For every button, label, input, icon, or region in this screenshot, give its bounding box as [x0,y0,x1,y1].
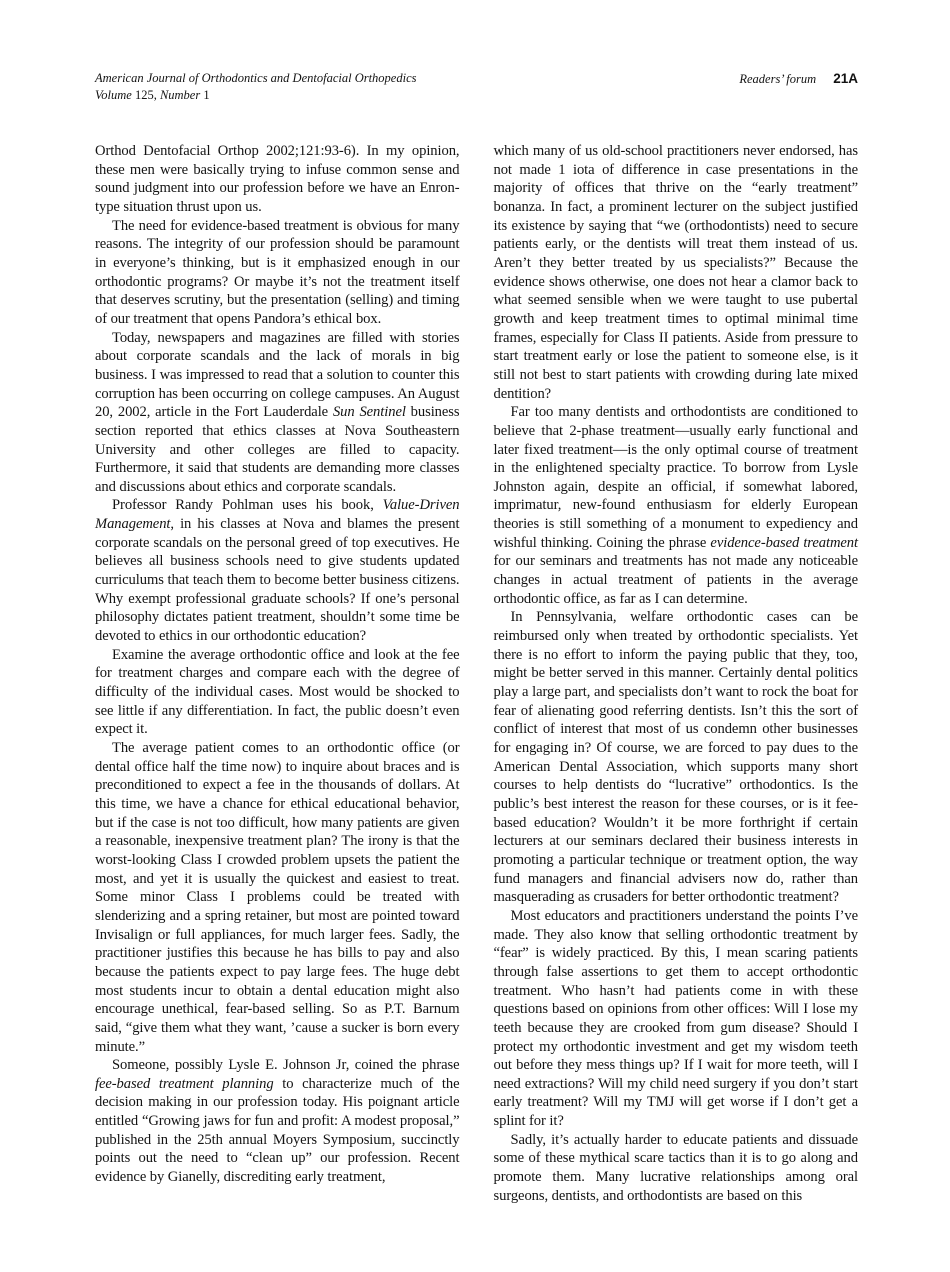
paragraph: Orthod Dentofacial Orthop 2002;121:93-6)… [95,142,460,217]
paragraph: Most educators and practitioners underst… [494,907,859,1131]
running-header-left: American Journal of Orthodontics and Den… [95,70,417,104]
article-body: Orthod Dentofacial Orthop 2002;121:93-6)… [95,142,858,1205]
page-number: 21A [833,71,858,86]
paragraph: The average patient comes to an orthodon… [95,739,460,1056]
text-run: Most educators and practitioners underst… [494,908,859,1129]
paragraph: which many of us old-school practitioner… [494,142,859,403]
left-column: Orthod Dentofacial Orthop 2002;121:93-6)… [95,142,460,1205]
text-run-italic: Number [160,88,203,102]
paragraph: Someone, possibly Lysle E. Johnson Jr, c… [95,1056,460,1187]
text-run-italic: Sun Sentinel [333,404,406,420]
text-run: The average patient comes to an orthodon… [95,740,460,1055]
text-run-italic: evidence-based treatment [710,535,858,551]
paragraph: Examine the average orthodontic office a… [95,646,460,739]
text-run: 125, [135,88,160,102]
text-run: Someone, possibly Lysle E. Johnson Jr, c… [112,1057,460,1073]
paragraph: Far too many dentists and orthodontists … [494,403,859,608]
text-run: Orthod Dentofacial Orthop 2002;121:93-6)… [95,143,460,215]
text-run: Far too many dentists and orthodontists … [494,404,859,551]
right-column: which many of us old-school practitioner… [494,142,859,1205]
text-run-italic: fee-based treatment planning [95,1076,274,1092]
text-run: Examine the average orthodontic office a… [95,647,460,738]
text-run: which many of us old-school practitioner… [494,143,859,402]
text-run: 1 [203,88,209,102]
volume-number-line: Volume 125, Number 1 [95,87,417,104]
text-run: , in his classes at Nova and blames the … [95,516,460,644]
paragraph: The need for evidence-based treatment is… [95,217,460,329]
paragraph: Today, newspapers and magazines are fill… [95,329,460,497]
journal-title: American Journal of Orthodontics and Den… [95,70,417,87]
paragraph: In Pennsylvania, welfare orthodontic cas… [494,608,859,907]
running-header: American Journal of Orthodontics and Den… [95,70,858,104]
running-header-right: Readers’ forum 21A [739,70,858,87]
text-run: The need for evidence-based treatment is… [95,218,460,327]
paragraph: Sadly, it’s actually harder to educate p… [494,1131,859,1206]
section-title: Readers’ forum [739,72,816,86]
text-run: In Pennsylvania, welfare orthodontic cas… [494,609,859,905]
paragraph: Professor Randy Pohlman uses his book, V… [95,496,460,645]
text-run: Professor Randy Pohlman uses his book, [112,497,383,513]
text-run: to characterize much of the decision mak… [95,1076,460,1185]
text-run: for our seminars and treatments has not … [494,553,859,606]
text-run-italic: Volume [95,88,135,102]
journal-page: American Journal of Orthodontics and Den… [0,0,950,1272]
text-run: Sadly, it’s actually harder to educate p… [494,1132,859,1204]
